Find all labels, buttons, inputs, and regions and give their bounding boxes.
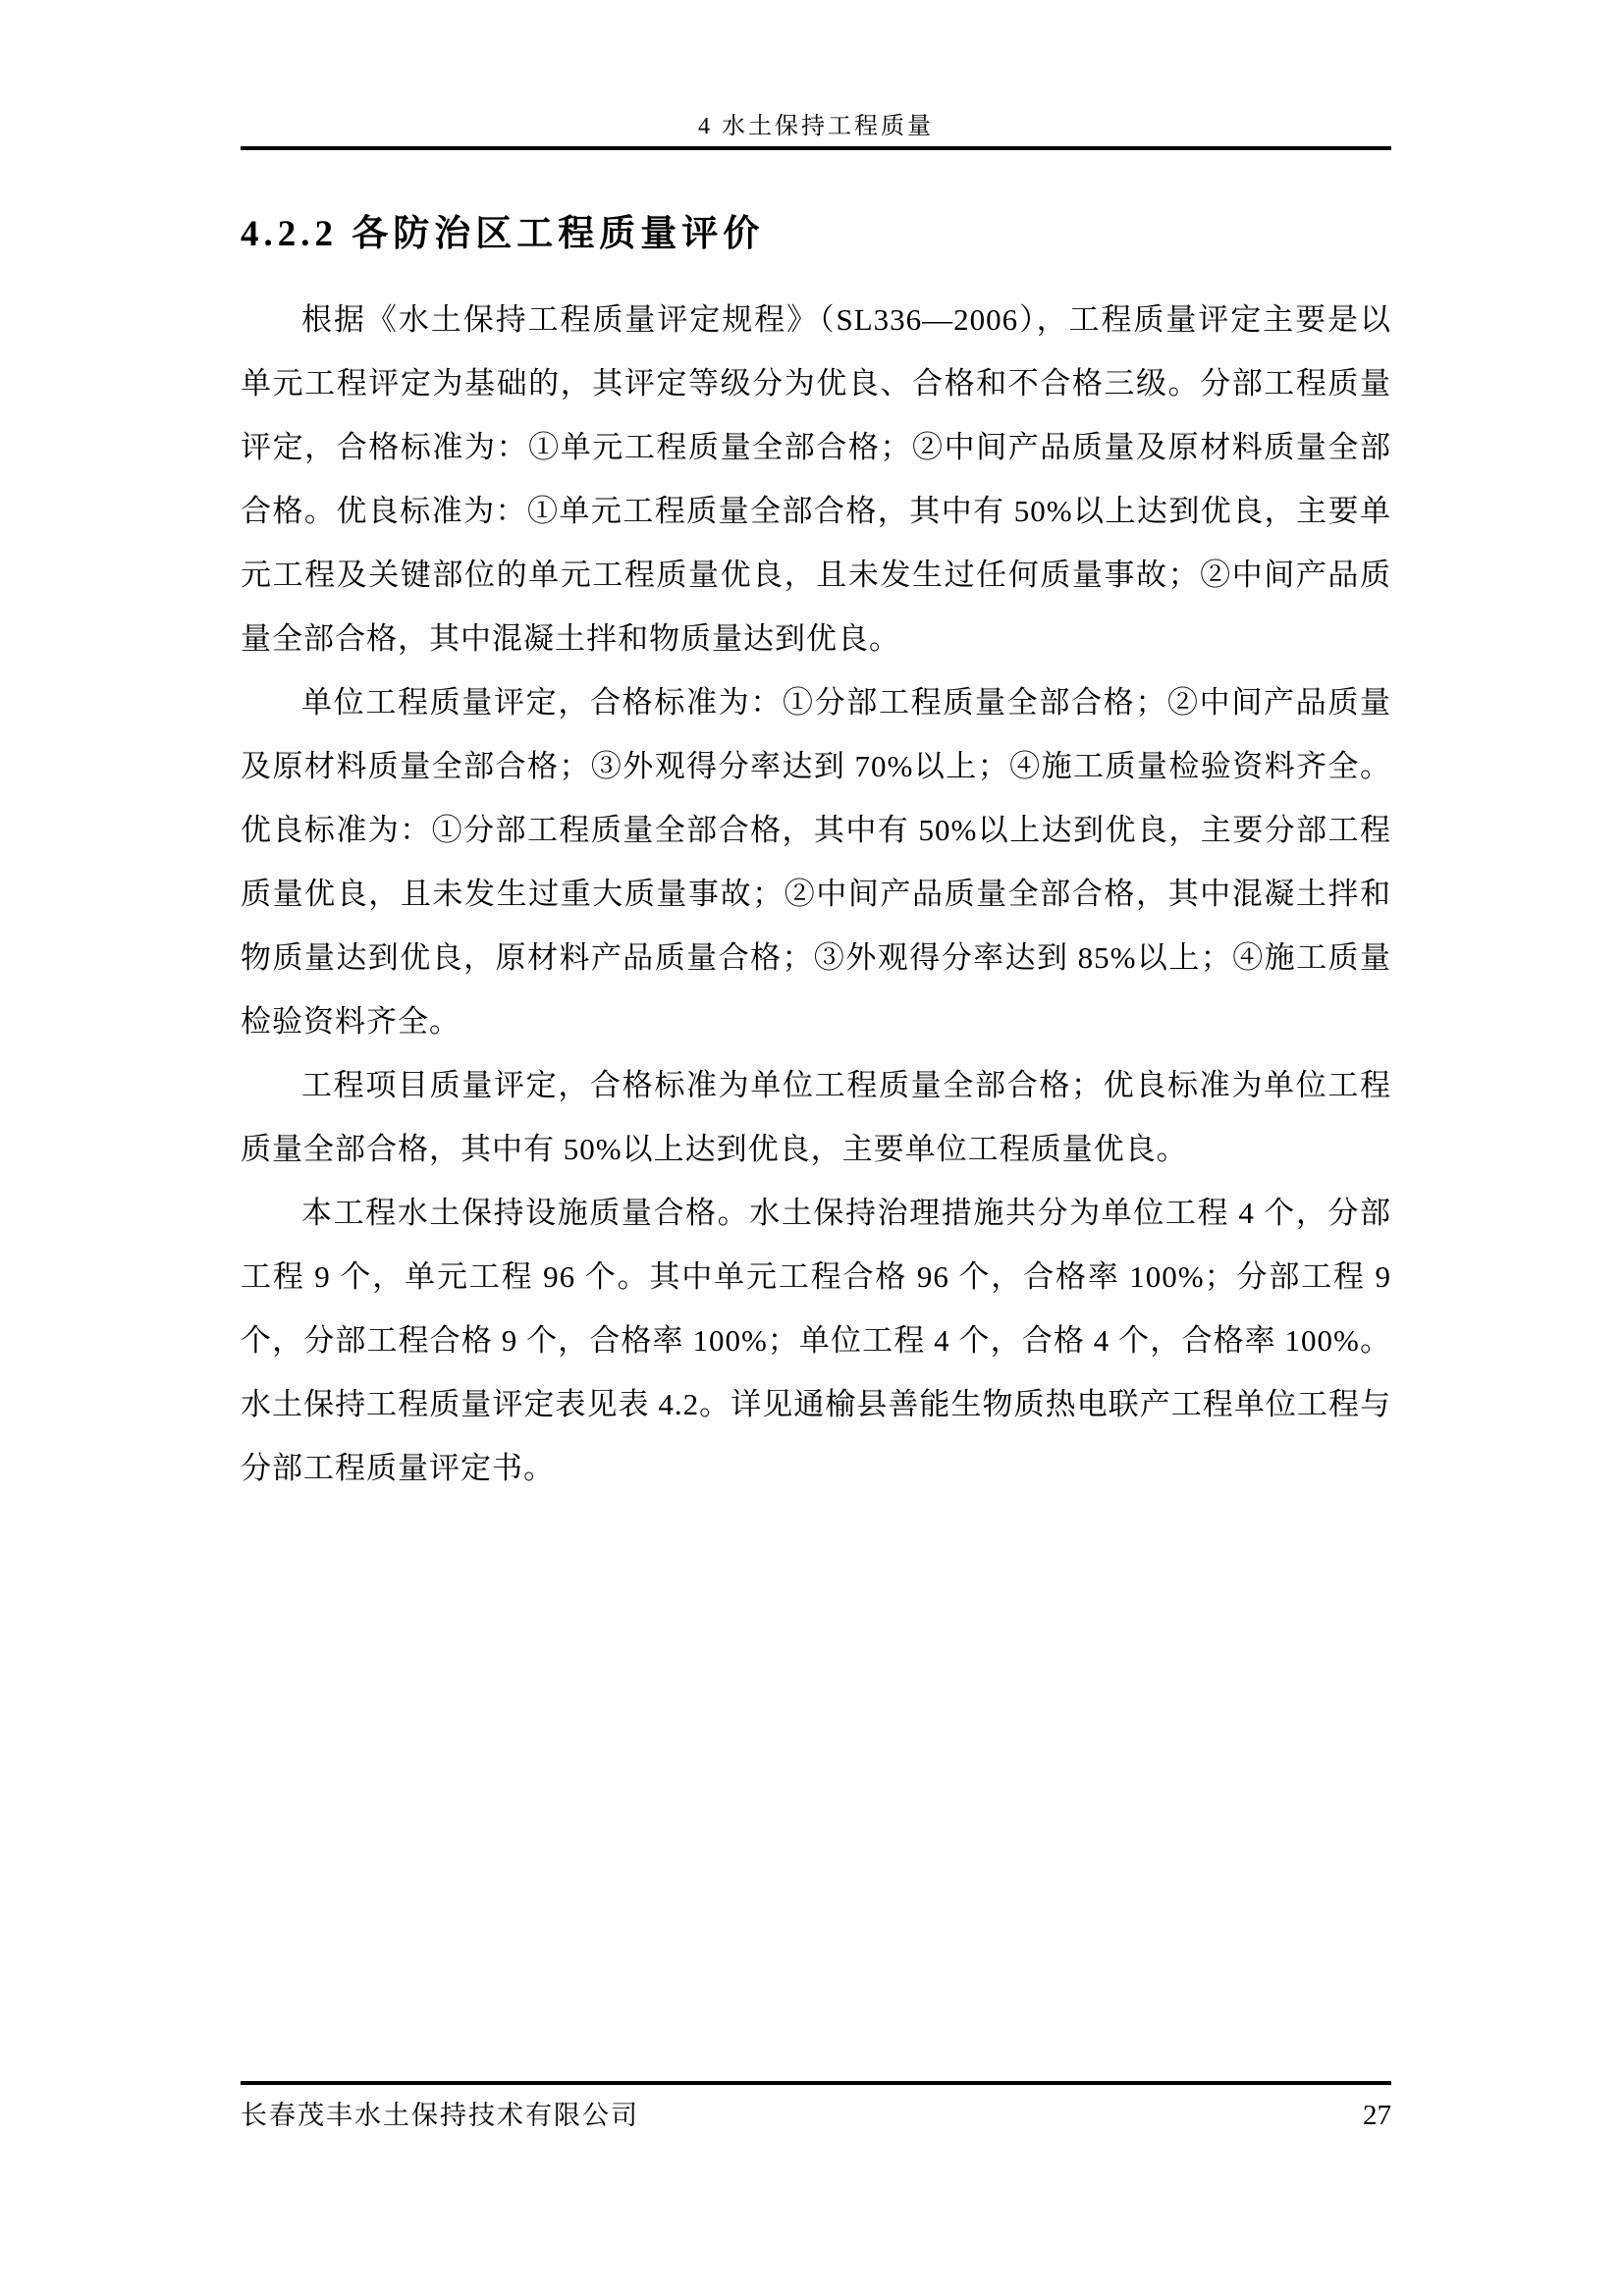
paragraph-project-criteria: 工程项目质量评定，合格标准为单位工程质量全部合格；优良标准为单位工程质量全部合格… [241,1053,1391,1181]
document-content: 4.2.2 各防治区工程质量评价 根据《水土保持工程质量评定规程》（SL336—… [241,213,1391,1500]
section-heading: 4.2.2 各防治区工程质量评价 [241,213,1391,256]
paragraph-quality-grading: 根据《水土保持工程质量评定规程》（SL336—2006），工程质量评定主要是以单… [241,288,1391,670]
page-footer: 长春茂丰水土保持技术有限公司 27 [241,2081,1391,2132]
document-page: 4 水土保持工程质量 4.2.2 各防治区工程质量评价 根据《水土保持工程质量评… [0,0,1624,2296]
header-chapter-title: 4 水土保持工程质量 [698,114,934,139]
header-rule [241,146,1391,150]
footer-company-name: 长春茂丰水土保持技术有限公司 [241,2094,639,2132]
page-header: 4 水土保持工程质量 [241,0,1391,139]
paragraph-project-results: 本工程水土保持设施质量合格。水土保持治理措施共分为单位工程 4 个，分部工程 9… [241,1181,1391,1500]
paragraph-unit-project-criteria: 单位工程质量评定，合格标准为：①分部工程质量全部合格；②中间产品质量及原材料质量… [241,670,1391,1053]
footer-row: 长春茂丰水土保持技术有限公司 27 [241,2085,1391,2132]
footer-page-number: 27 [1363,2100,1391,2132]
